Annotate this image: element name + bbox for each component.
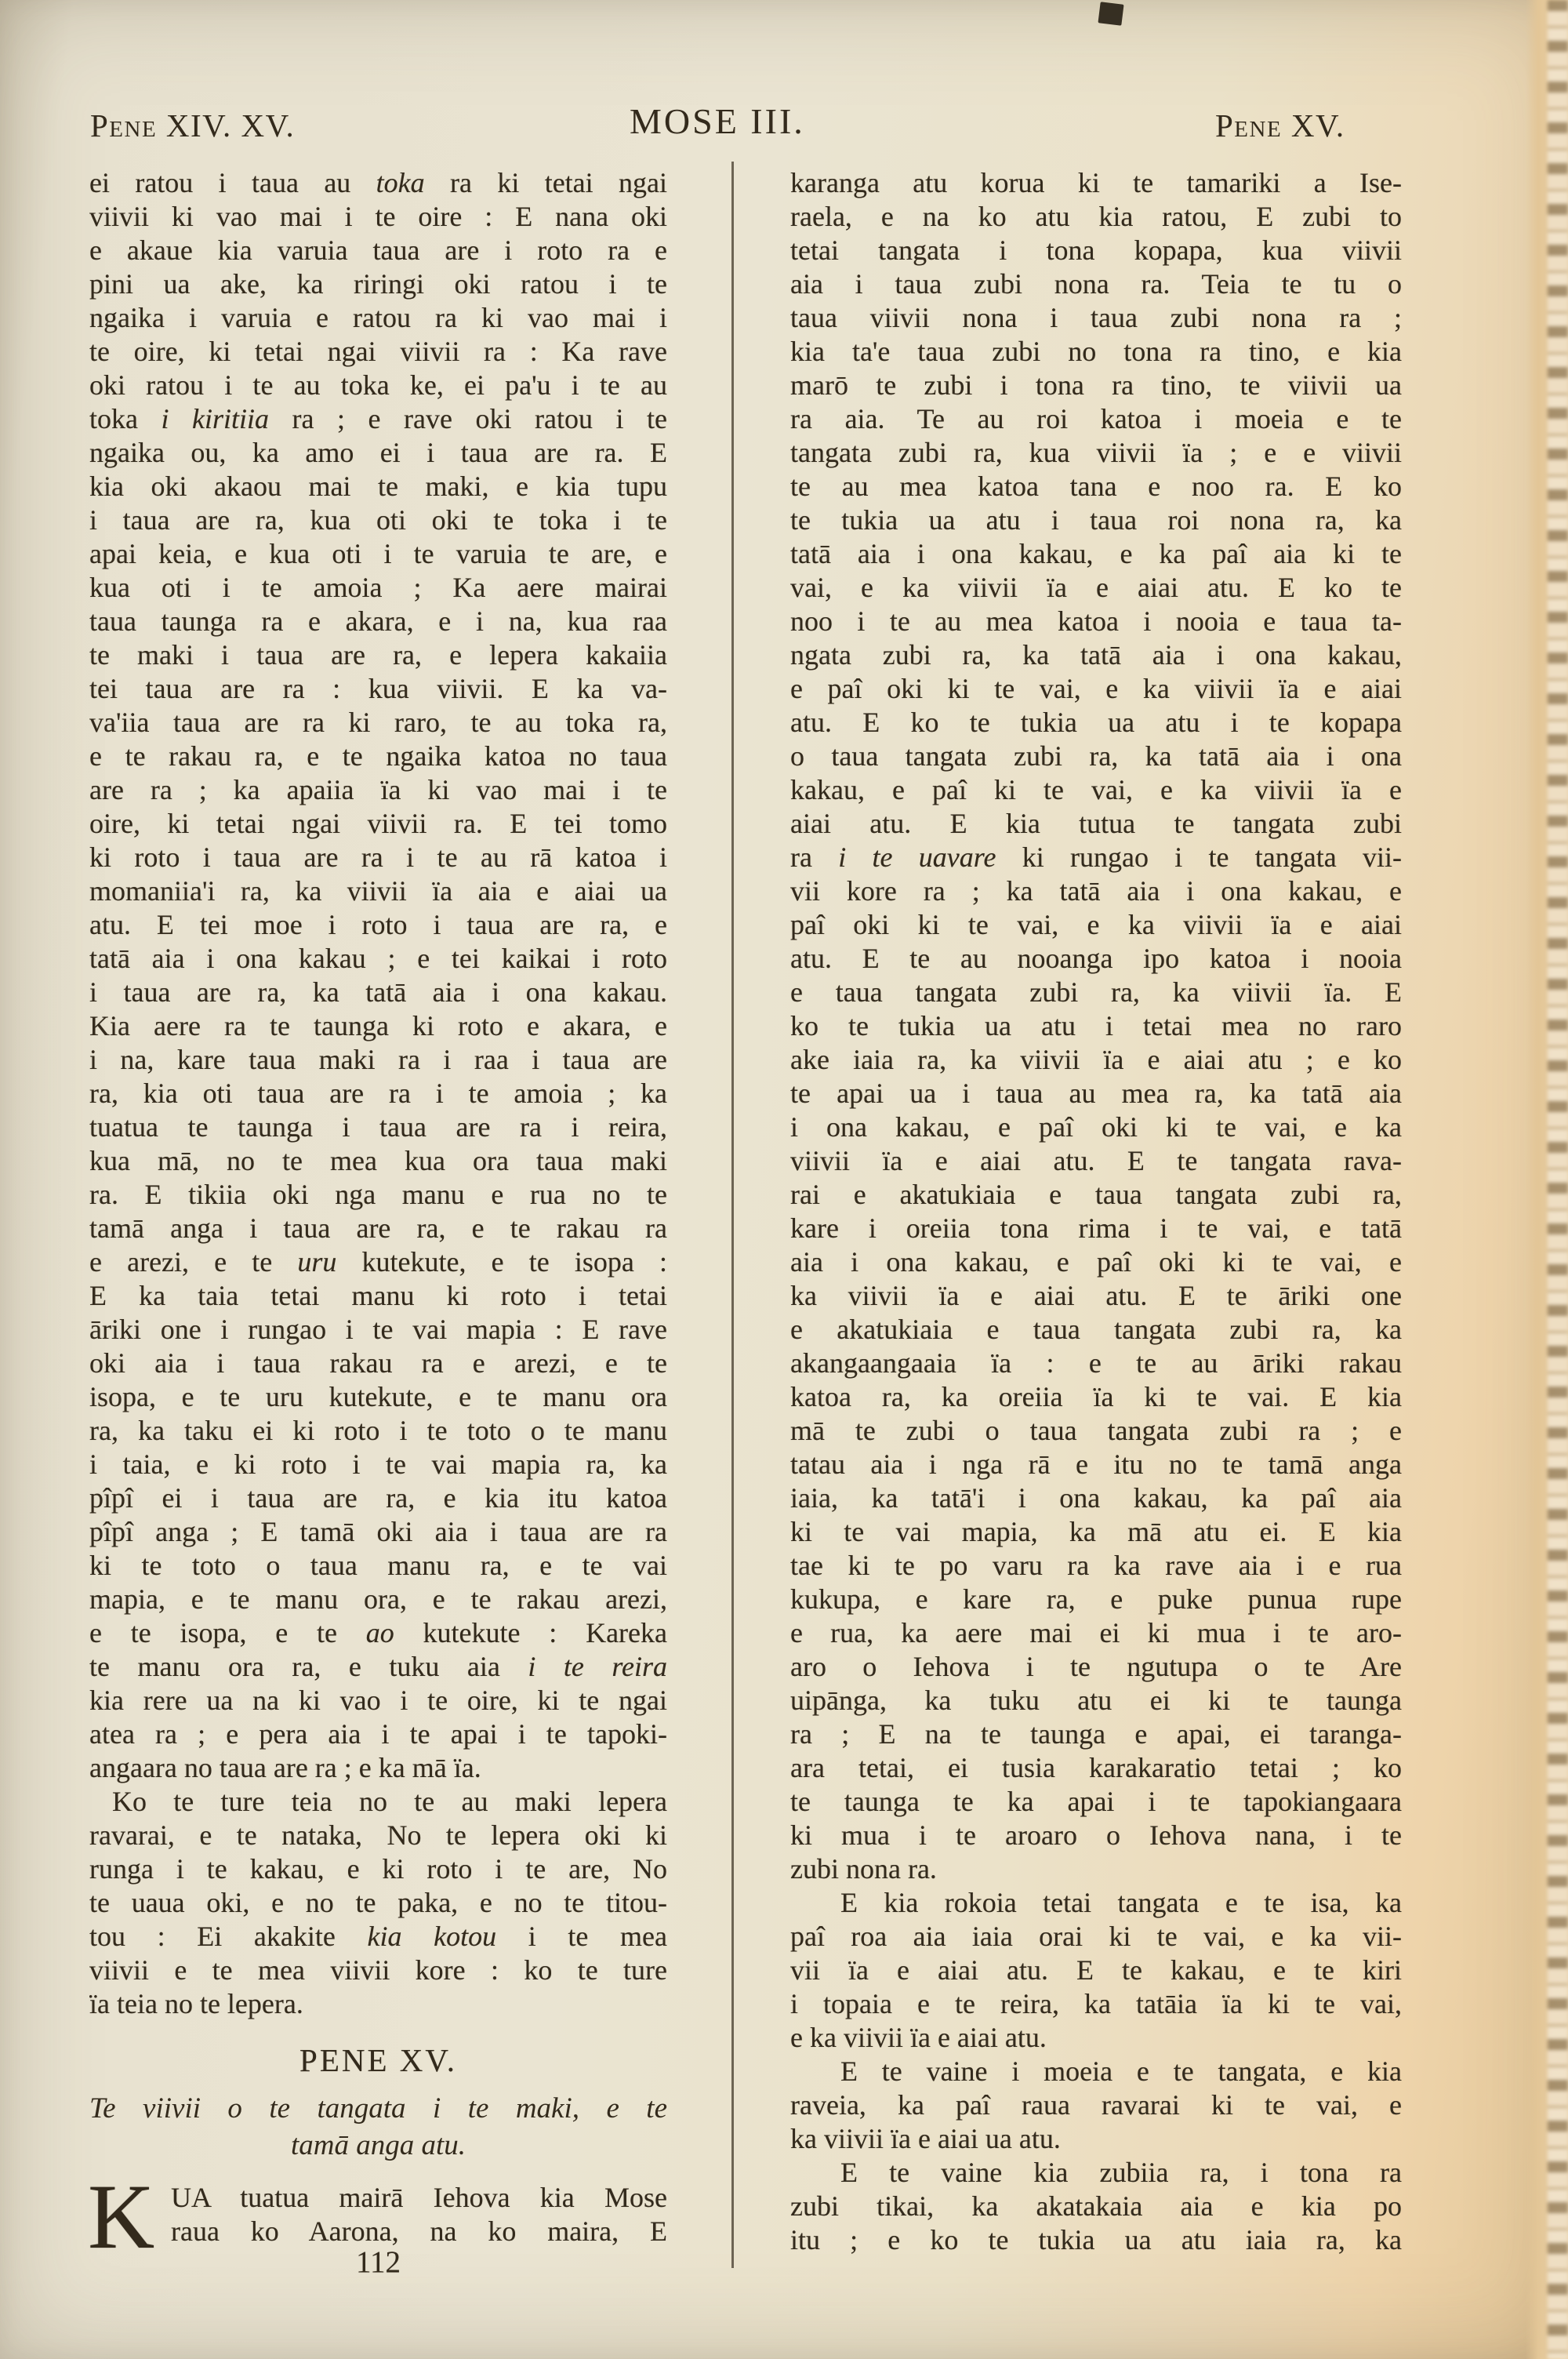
text-line: toka i kiritiia ra ; e rave oki ratou i … xyxy=(89,402,667,436)
text-line: Ko te ture teia no te au maki lepera54 xyxy=(89,1785,667,1819)
text-line: te oire, ki tetai ngai viivii ra : Ka ra… xyxy=(89,335,667,369)
text-line: zubi tikai, ka akatakaia aia e kia po xyxy=(790,2190,1402,2223)
text-line: noo i te au mea katoa i nooia e taua ta- xyxy=(790,605,1402,638)
text-line: kia rere ua na ki vao i te oire, ki te n… xyxy=(89,1684,667,1717)
text-line: ki te toto o taua manu ra, e te vai xyxy=(89,1549,667,1583)
text-line: tatā aia i ona kakau, e ka paî aia ki te xyxy=(790,537,1402,571)
text-line: E te vaine i moeia e te tangata, e kia18 xyxy=(790,2055,1402,2088)
column-divider xyxy=(731,162,734,2268)
text-line: ngata zubi ra, ka tatā aia i ona kakau, xyxy=(790,638,1402,672)
next-page-edge-text xyxy=(1548,0,1568,2359)
text-line: raveia, ka paî raua ravarai ki te vai, e xyxy=(790,2088,1402,2122)
text-line: vii kore ra ; ka tatā aia i ona kakau, e xyxy=(790,874,1402,908)
text-line: aro o Iehova i te ngutupa o te Are xyxy=(790,1650,1402,1684)
text-line: E ka taia tetai manu ki roto i tetai50 xyxy=(89,1279,667,1313)
text-line: te uaua oki, e no te paka, e no te titou… xyxy=(89,1886,667,1920)
text-line: te tukia ua atu i taua roi nona ra, ka xyxy=(790,503,1402,537)
text-line: ki roto i taua are ra i te au rā katoa i xyxy=(89,841,667,874)
text-line: te taunga te ka apai i te tapokiangaara xyxy=(790,1785,1402,1819)
chapter-15-opening: K UA tuatua mairā Iehova kia Mose1raua k… xyxy=(89,2181,667,2248)
text-line: akangaangaaia ïa : e te au āriki rakau xyxy=(790,1347,1402,1380)
text-line: aiai atu. E kia tutua te tangata zubi8 xyxy=(790,807,1402,841)
chapter-summary-line: tamā anga atu. xyxy=(89,2127,667,2164)
text-line: ra. E tikiia oki nga manu e rua no te49 xyxy=(89,1178,667,1212)
text-line: iaia, ka tatā'i i ona kakau, ka paî aia xyxy=(790,1481,1402,1515)
text-line: ravarai, e te nataka, No te lepera oki k… xyxy=(89,1819,667,1852)
text-line: atea ra ; e pera aia i te apai i te tapo… xyxy=(89,1717,667,1751)
text-line: paî oki ki te vai, e ka viivii ïa e aiai xyxy=(790,908,1402,942)
text-line: zubi nona ra. xyxy=(790,1852,1402,1886)
text-line: kakau, e paî ki te vai, e ka viivii ïa e xyxy=(790,773,1402,807)
chapter-heading: PENE XV. xyxy=(89,2041,667,2079)
text-line: i na, kare taua maki ra i raa i taua are xyxy=(89,1043,667,1077)
chapter-15-text: karanga atu korua ki te tamariki a Ise-r… xyxy=(790,166,1402,2257)
text-line: e akatukiaia e taua tangata zubi ra, ka xyxy=(790,1313,1402,1347)
text-line: tetai tangata i tona kopapa, kua viivii xyxy=(790,234,1402,267)
text-line: E kia rokoia tetai tangata e te isa, ka1… xyxy=(790,1886,1402,1920)
text-line: are ra ; ka apaiia ïa ki vao mai i te xyxy=(89,773,667,807)
text-line: ra aia. Te au roi katoa i moeia e te4 xyxy=(790,402,1402,436)
text-line: vai, e ka viivii ïa e aiai atu. E ko te6 xyxy=(790,571,1402,605)
text-line: pîpî ei i taua are ra, e kia itu katoa xyxy=(89,1481,667,1515)
text-line: Kia aere ra te taunga ki roto e akara, e… xyxy=(89,1009,667,1043)
text-line: kia oki akaou mai te maki, e kia tupu xyxy=(89,470,667,503)
text-line: i topaia e te reira, ka tatāia ïa ki te … xyxy=(790,1987,1402,2021)
text-line: vii ïa e aiai atu. E te kakau, e te kiri… xyxy=(790,1954,1402,1987)
text-line: taua viivii nona i taua zubi nona ra ; xyxy=(790,301,1402,335)
running-head-right: Pene XV. xyxy=(1215,107,1345,144)
text-line: ra, ka taku ei ki roto i te toto o te ma… xyxy=(89,1414,667,1448)
text-line: te manu ora ra, e tuku aia i te reira xyxy=(89,1650,667,1684)
text-line: tamā anga i taua are ra, e te rakau ra xyxy=(89,1212,667,1245)
text-line: tuatua te taunga i taua are ra i reira, xyxy=(89,1110,667,1144)
text-line: atu. E ko te tukia ua atu i te kopapa7 xyxy=(790,706,1402,740)
text-line: ka viivii ïa e aiai ua atu. xyxy=(790,2122,1402,2156)
text-line: ra, kia oti taua are ra i te amoia ; ka xyxy=(89,1077,667,1110)
text-line: pini ua ake, ka riringi oki ratou i te xyxy=(89,267,667,301)
page-number: 112 xyxy=(89,2245,667,2280)
text-line: marō te zubi i tona ra tino, te viivii u… xyxy=(790,369,1402,402)
text-line: e taua tangata zubi ra, ka viivii ïa. E1… xyxy=(790,976,1402,1009)
text-line: te apai ua i taua au mea ra, ka tatā aia xyxy=(790,1077,1402,1110)
text-line: e te rakau ra, e te ngaika katoa no taua xyxy=(89,740,667,773)
text-line: te maki i taua are ra, e lepera kakaiia xyxy=(89,638,667,672)
text-line: kua oti i te amoia ; Ka aere mairai44 xyxy=(89,571,667,605)
text-line: e te isopa, e te ao kutekute : Kareka53 xyxy=(89,1616,667,1650)
text-line: atu. E te au nooanga ipo katoa i nooia9 xyxy=(790,942,1402,976)
text-line: oki aia i taua rakau ra e arezi, e te xyxy=(89,1347,667,1380)
text-line: karanga atu korua ki te tamariki a Ise- xyxy=(790,166,1402,200)
text-line: ake iaia ra, ka viivii ïa e aiai atu ; e… xyxy=(790,1043,1402,1077)
text-line: taua taunga ra e akara, e i na, kua raa xyxy=(89,605,667,638)
text-line: paî roa aia iaia orai ki te vai, e ka vi… xyxy=(790,1920,1402,1954)
text-line: atu. E tei moe i roto i taua are ra, e47 xyxy=(89,908,667,942)
text-line: ngaika i varuia e ratou ra ki vao mai i xyxy=(89,301,667,335)
text-line: āriki one i rungao i te vai mapia : E ra… xyxy=(89,1313,667,1347)
text-line: tae ki te po varu ra ka rave aia i e rua xyxy=(790,1549,1402,1583)
text-line: o taua tangata zubi ra, ka tatā aia i on… xyxy=(790,740,1402,773)
text-line: ïa teia no te lepera. xyxy=(89,1987,667,2021)
running-head-center: MOSE III. xyxy=(630,100,805,142)
text-line: va'iia taua are ra ki raro, te au toka r… xyxy=(89,706,667,740)
text-line: aia i taua zubi nona ra. Teia te tu o3 xyxy=(790,267,1402,301)
text-line: te au mea katoa tana e noo ra. E ko5 xyxy=(790,470,1402,503)
text-line: oki ratou i te au toka ke, ei pa'u i te … xyxy=(89,369,667,402)
text-line: kia ta'e taua zubi no tona ra tino, e ki… xyxy=(790,335,1402,369)
text-line: tangata zubi ra, kua viivii ïa ; e e vii… xyxy=(790,436,1402,470)
text-line: ki mua i te aroaro o Iehova nana, i te xyxy=(790,1819,1402,1852)
text-line: itu ; e ko te tukia ua atu iaia ra, ka xyxy=(790,2223,1402,2257)
text-line: E te vaine kia zubiia ra, i tona ra19 xyxy=(790,2156,1402,2190)
text-line: viivii ki vao mai i te oire : E nana oki… xyxy=(89,200,667,234)
text-line: oire, ki tetai ngai viivii ra. E tei tom… xyxy=(89,807,667,841)
text-line: e rua, ka aere mai ei ki mua i te aro- xyxy=(790,1616,1402,1650)
text-line: rai e akatukiaia e taua tangata zubi ra, xyxy=(790,1178,1402,1212)
text-line: tou : Ei akakite kia kotou i te mea xyxy=(89,1920,667,1954)
text-line: viivii ïa e aiai atu. E te tangata rava-… xyxy=(790,1144,1402,1178)
chapter-15-verse-lines: UA tuatua mairā Iehova kia Mose1raua ko … xyxy=(89,2181,667,2248)
text-line: e akaue kia varuia taua are i roto ra e xyxy=(89,234,667,267)
text-line: raela, e na ko atu kia ratou, E zubi to xyxy=(790,200,1402,234)
text-line: tatā aia i ona kakau ; e tei kaikai i ro… xyxy=(89,942,667,976)
text-line: momaniia'i ra, ka viivii ïa aia e aiai u… xyxy=(89,874,667,908)
text-line: e ka viivii ïa e aiai atu. xyxy=(790,2021,1402,2055)
text-line: ko te tukia ua atu i tetai mea no raro xyxy=(790,1009,1402,1043)
text-line: angaara no taua are ra ; e ka mā ïa. xyxy=(89,1751,667,1785)
text-line: kua mā, no te mea kua ora taua maki xyxy=(89,1144,667,1178)
text-line: kukupa, e kare ra, e puke punua rupe xyxy=(790,1583,1402,1616)
running-head-left: Pene XIV. XV. xyxy=(90,107,295,144)
text-line: apai keia, e kua oti i te varuia te are,… xyxy=(89,537,667,571)
chapter-summary: Te viivii o te tangata i te maki, e te t… xyxy=(89,2090,667,2164)
text-line: ki te vai mapia, ka mā atu ei. E kia14 xyxy=(790,1515,1402,1549)
text-line: isopa, e te uru kutekute, e te manu ora xyxy=(89,1380,667,1414)
text-line: i taua are ra, kua oti oki te toka i te xyxy=(89,503,667,537)
text-line: UA tuatua mairā Iehova kia Mose1 xyxy=(89,2181,667,2215)
scanned-book-page: { "page": { "header": { "left": "Pene XI… xyxy=(0,0,1568,2359)
text-line: ara tetai, ei tusia karakaratio tetai ; … xyxy=(790,1751,1402,1785)
text-line: e arezi, e te uru kutekute, e te isopa : xyxy=(89,1245,667,1279)
text-line: ra ; E na te taunga e apai, ei taranga-1… xyxy=(790,1717,1402,1751)
text-line: e paî oki ki te vai, e ka viivii ïa e ai… xyxy=(790,672,1402,706)
text-line: mapia, e te manu ora, e te rakau arezi, xyxy=(89,1583,667,1616)
text-line: pîpî anga ; E tamā oki aia i taua are ra… xyxy=(89,1515,667,1549)
text-line: ngaika ou, ka amo ei i taua are ra. E43 xyxy=(89,436,667,470)
text-line: viivii e te mea viivii kore : ko te ture xyxy=(89,1954,667,1987)
text-line: kare i oreiia tona rima i te vai, e tatā xyxy=(790,1212,1402,1245)
text-line: ei ratou i taua au toka ra ki tetai ngai xyxy=(89,166,667,200)
text-line: i taua are ra, ka tatā aia i ona kakau. xyxy=(89,976,667,1009)
text-line: ka viivii ïa e aiai atu. E te āriki one1… xyxy=(790,1279,1402,1313)
text-line: i taia, e ki roto i te vai mapia ra, ka xyxy=(89,1448,667,1481)
text-line: raua ko Aarona, na ko maira, E2 xyxy=(89,2215,667,2248)
text-line: uipānga, ka tuku atu ei ki te taunga xyxy=(790,1684,1402,1717)
text-line: katoa ra, ka oreiia ïa ki te vai. E kia1… xyxy=(790,1380,1402,1414)
right-column: karanga atu korua ki te tamariki a Ise-r… xyxy=(790,166,1402,2257)
text-line: runga i te kakau, e ki roto i te are, No… xyxy=(89,1852,667,1886)
left-column: ei ratou i taua au toka ra ki tetai ngai… xyxy=(89,166,667,2248)
text-line: ra i te uavare ki rungao i te tangata vi… xyxy=(790,841,1402,874)
text-line: mā te zubi o taua tangata zubi ra ; e xyxy=(790,1414,1402,1448)
chapter-14-text: ei ratou i taua au toka ra ki tetai ngai… xyxy=(89,166,667,2021)
chapter-summary-line: Te viivii o te tangata i te maki, e te xyxy=(89,2090,667,2127)
ink-blot xyxy=(1098,2,1123,25)
text-line: i ona kakau, e paî oki ki te vai, e ka xyxy=(790,1110,1402,1144)
text-line: tatau aia i nga rā e itu no te tamā anga xyxy=(790,1448,1402,1481)
text-line: aia i ona kakau, e paî oki ki te vai, e xyxy=(790,1245,1402,1279)
text-line: tei taua are ra : kua viivii. E ka va-45 xyxy=(89,672,667,706)
